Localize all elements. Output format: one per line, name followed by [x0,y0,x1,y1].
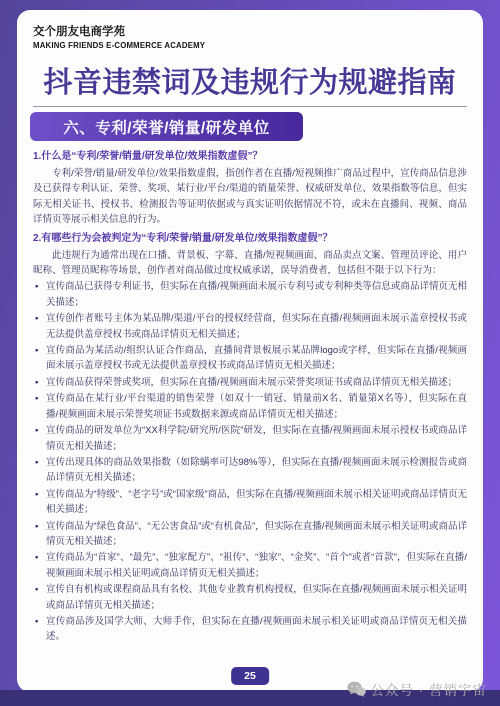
guide-body: 1.什么是“专利/荣誉/销量/研发单位/效果指数虚假”？ 专利/荣誉/销量/研发… [33,149,467,645]
bullet-icon: • [35,582,38,597]
list-item-text: 宣传商品为“首家”、“最先”、“独家配方”、“祖传”、“独家”、“金奖”、“首个… [46,552,467,578]
brand-logo: 交个朋友电商学苑 MAKING FRIENDS E-COMMERCE ACADE… [33,26,467,50]
bullet-icon: • [35,423,38,438]
bullet-icon: • [35,487,38,502]
section-banner: 六、专利/荣誉/销量/研发单位 [30,112,303,141]
list-item: •宣传商品已获得专利证书，但实际在直播/视频画面未展示专利号或专利种类等信息或商… [33,279,467,310]
bullet-icon: • [35,614,38,629]
list-item-text: 宣传自有机构或课程商品具有名校、其他专业教育机构授权，但实际在直播/视频画面未展… [46,584,467,610]
wechat-icon [347,681,366,697]
list-item-text: 宣传商品为某活动/组织认证合作商品，直播间背景板展示某品牌logo或字样，但实际… [46,345,467,371]
list-item: •宣传商品为某活动/组织认证合作商品，直播间背景板展示某品牌logo或字样，但实… [33,343,467,374]
title-divider [33,106,467,107]
question-1-heading: 1.什么是“专利/荣誉/销量/研发单位/效果指数虚假”？ [33,149,467,164]
list-item: •宣传出现具体的商品效果指数（如除螨率可达98%等），但实际在直播/视频画面未展… [33,455,467,486]
watermark: 公众号 · 营销宇宙 [347,679,488,699]
list-item: •宣传商品的研发单位为“XX科学院/研究所/医院”研发，但实际在直播/视频画面未… [33,423,467,454]
list-item: •宣传商品为“特级”、“老字号”或“国家级”商品，但实际在直播/视频画面未展示相… [33,487,467,518]
brand-name-en: MAKING FRIENDS E-COMMERCE ACADEMY [33,41,467,50]
list-item: •宣传商品涉及国学大师、大师手作，但实际在直播/视频画面未展示相关证明或商品详情… [33,614,467,645]
violation-bullet-list: •宣传商品已获得专利证书，但实际在直播/视频画面未展示专利号或专利种类等信息或商… [33,279,467,644]
page-frame: 交个朋友电商学苑 MAKING FRIENDS E-COMMERCE ACADE… [0,0,500,706]
bullet-icon: • [35,519,38,534]
list-item-text: 宣传商品涉及国学大师、大师手作，但实际在直播/视频画面未展示相关证明或商品详情页… [46,616,467,642]
list-item-text: 宣传商品已获得专利证书，但实际在直播/视频画面未展示专利号或专利种类等信息或商品… [46,281,467,307]
bullet-icon: • [35,375,38,390]
list-item: •宣传商品在某行业/平台渠道的销售荣誉（如双十一销冠、销量前X名、销量第X名等）… [33,391,467,422]
bullet-icon: • [35,550,38,565]
bullet-icon: • [35,391,38,406]
page-title: 抖音违禁词及违规行为规避指南 [33,67,467,99]
watermark-text: 公众号 · 营销宇宙 [371,679,488,699]
list-item: •宣传商品为“首家”、“最先”、“独家配方”、“祖传”、“独家”、“金奖”、“首… [33,550,467,581]
list-item: •宣传创作者账号主体为某品牌/渠道/平台的授权经营商，但实际在直播/视频画面未展… [33,311,467,342]
list-item-text: 宣传商品为“绿色食品”、“无公害食品”或“有机食品”，但实际在直播/视频画面未展… [46,521,467,547]
bullet-icon: • [35,279,38,294]
question-2-intro: 此违规行为通常出现在口播、背景板、字幕、直播/短视频画面、商品卖点文案、管理员评… [33,248,467,279]
list-item-text: 宣传创作者账号主体为某品牌/渠道/平台的授权经营商，但实际在直播/视频画面未展示… [46,313,467,339]
page-number-badge: 25 [231,667,269,685]
list-item-text: 宣传商品为“特级”、“老字号”或“国家级”商品，但实际在直播/视频画面未展示相关… [46,489,467,515]
list-item: •宣传商品获得荣誉或奖项，但实际在直播/视频画面未展示荣誉奖项证书或商品详情页无… [33,375,467,390]
bullet-icon: • [35,311,38,326]
list-item: •宣传商品为“绿色食品”、“无公害食品”或“有机食品”，但实际在直播/视频画面未… [33,519,467,550]
list-item-text: 宣传商品获得荣誉或奖项，但实际在直播/视频画面未展示荣誉奖项证书或商品详情页无相… [46,377,457,388]
bullet-icon: • [35,343,38,358]
brand-name-cn: 交个朋友电商学苑 [33,26,467,39]
list-item-text: 宣传商品的研发单位为“XX科学院/研究所/医院”研发，但实际在直播/视频画面未展… [46,425,467,451]
question-2-heading: 2.有哪些行为会被判定为“专利/荣誉/销量/研发单位/效果指数虚假”？ [33,231,467,246]
bullet-icon: • [35,455,38,470]
list-item: •宣传自有机构或课程商品具有名校、其他专业教育机构授权，但实际在直播/视频画面未… [33,582,467,613]
content-card: 交个朋友电商学苑 MAKING FRIENDS E-COMMERCE ACADE… [17,10,483,692]
list-item-text: 宣传商品在某行业/平台渠道的销售荣誉（如双十一销冠、销量前X名、销量第X名等），… [46,393,467,419]
list-item-text: 宣传出现具体的商品效果指数（如除螨率可达98%等），但实际在直播/视频画面未展示… [46,457,467,483]
question-1-paragraph: 专利/荣誉/销量/研发单位/效果指数虚假，指创作者在直播/短视频推广商品过程中，… [33,166,467,228]
